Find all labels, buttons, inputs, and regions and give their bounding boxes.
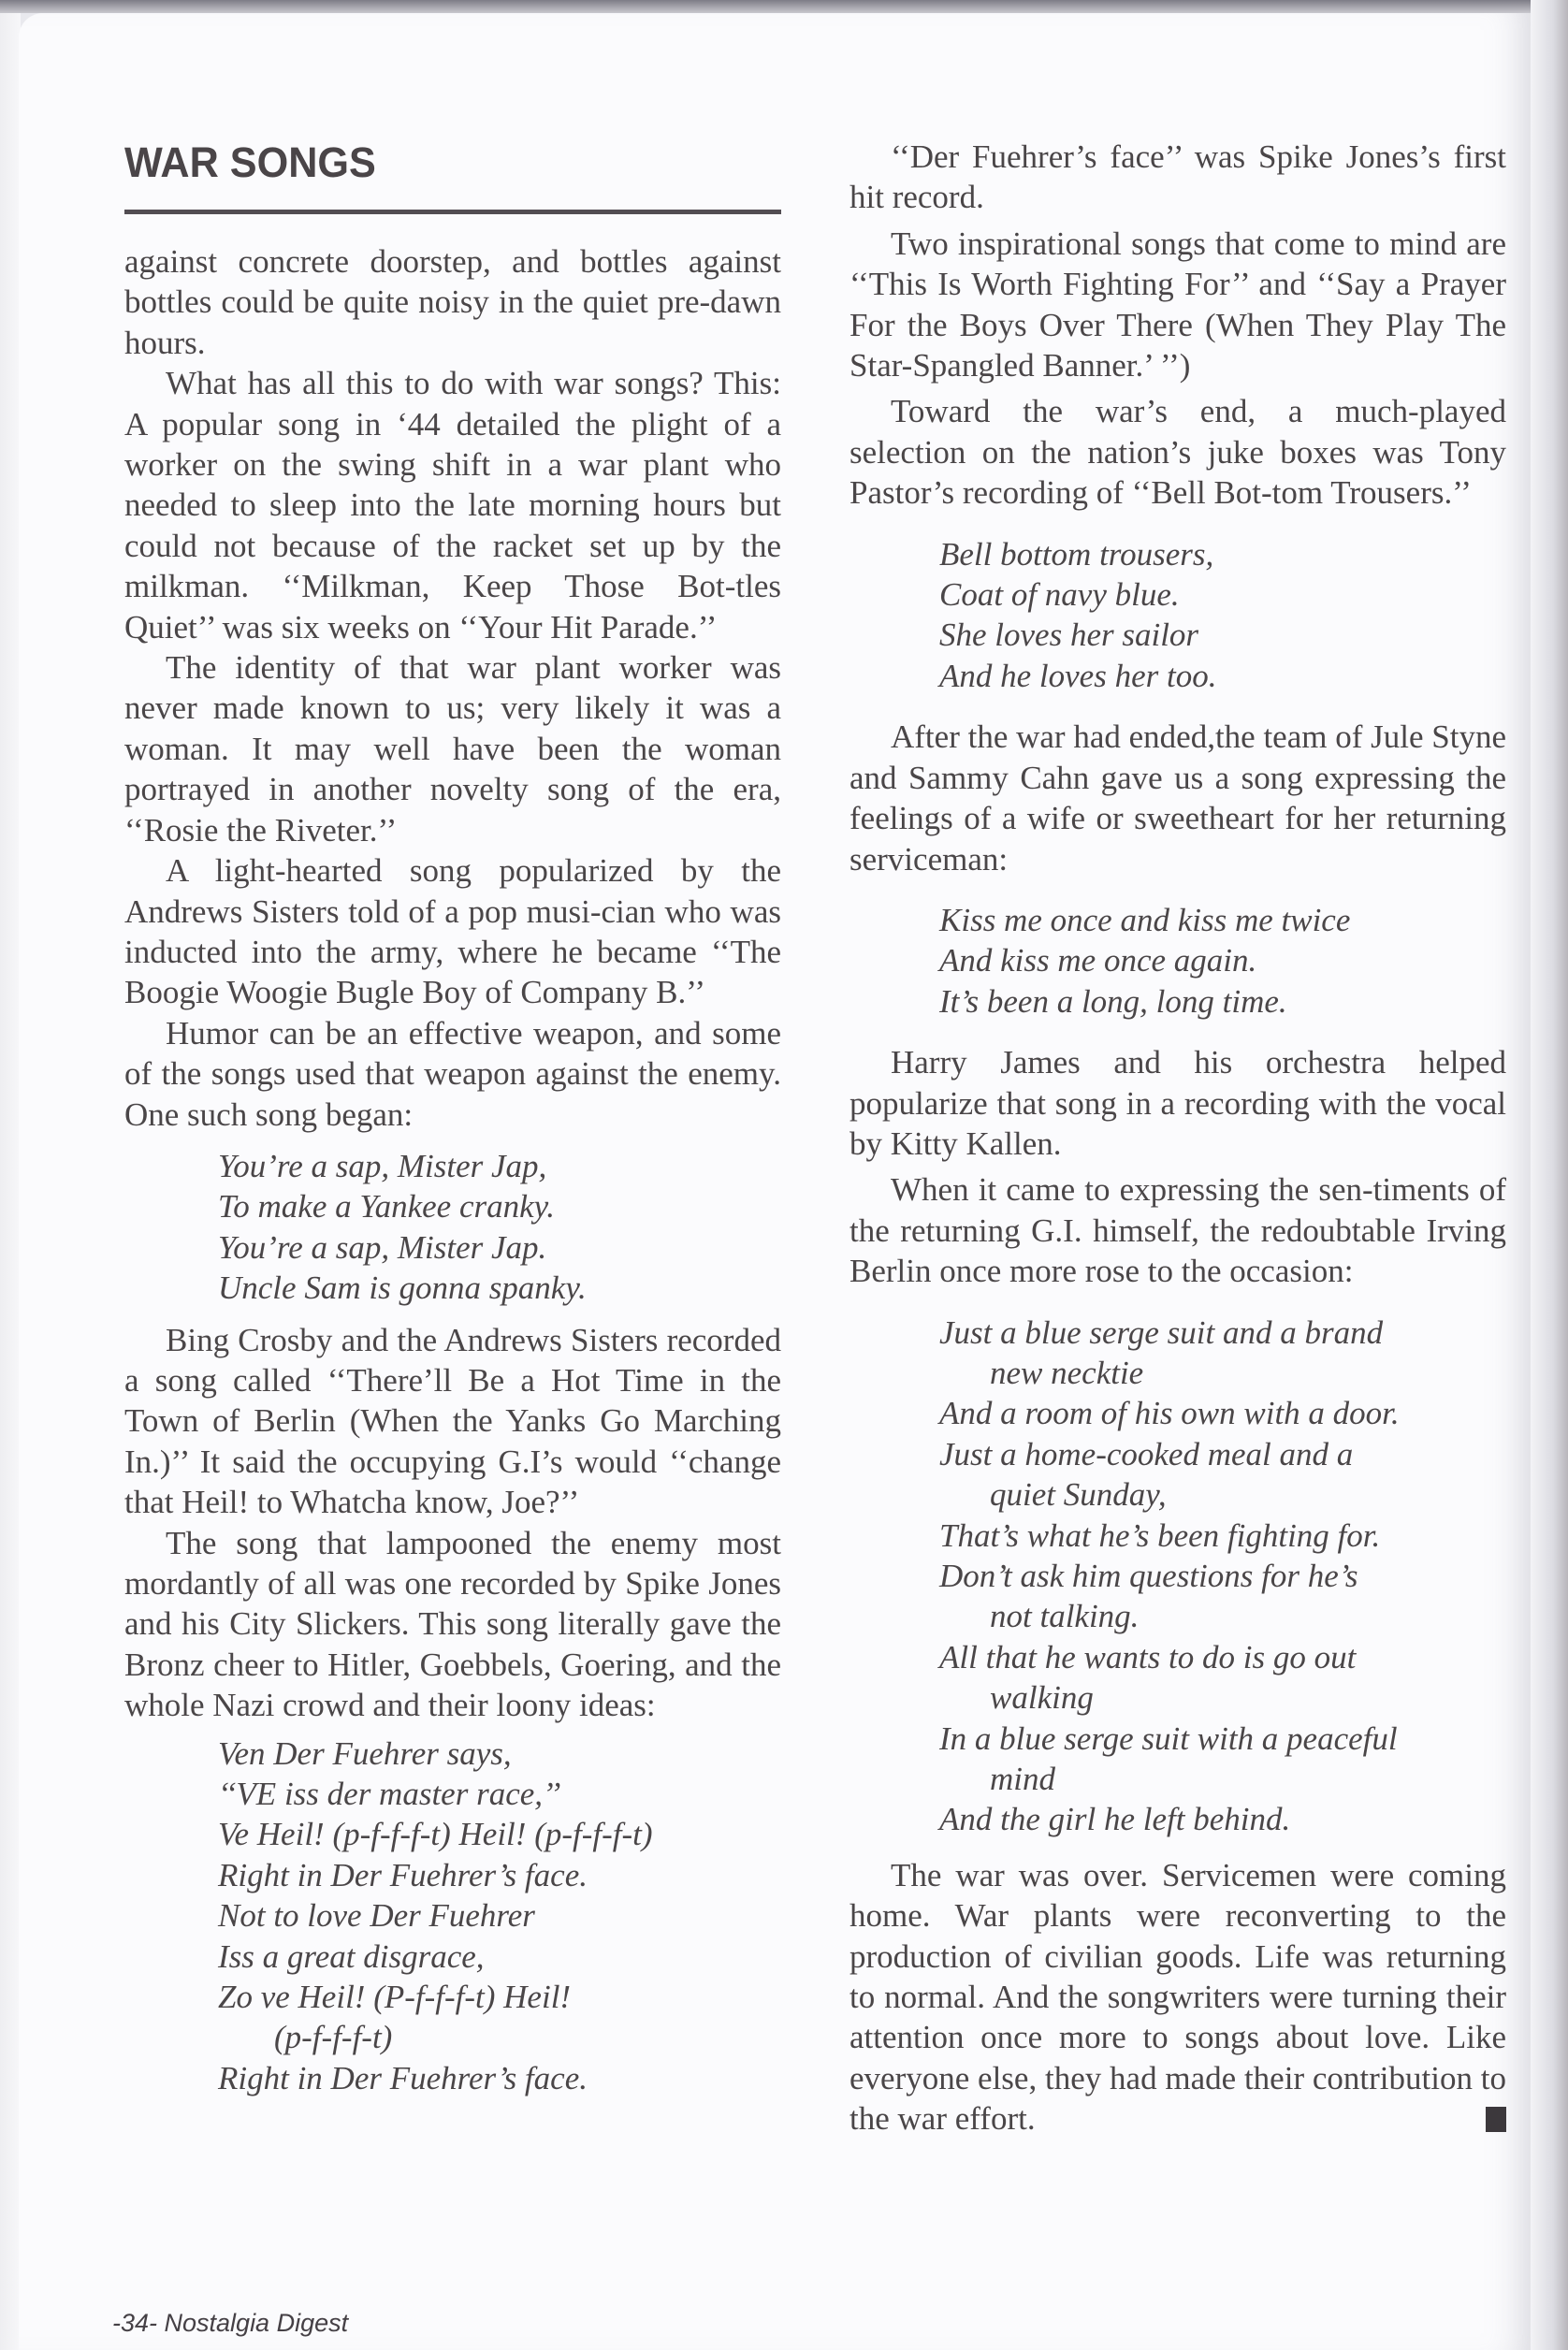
song-lyrics-blue-serge-suit: Just a blue serge suit and a brand new n…	[849, 1313, 1506, 1840]
paragraph: ‘‘Der Fuehrer’s face’’ was Spike Jones’s…	[849, 137, 1506, 218]
lyric-line: All that he wants to do is go out	[849, 1637, 1506, 1677]
lyric-line: It’s been a long, long time.	[849, 981, 1506, 1022]
lyric-line: You’re a sap, Mister Jap,	[124, 1146, 781, 1186]
paragraph: Toward the war’s end, a much-played sele…	[849, 391, 1506, 513]
lyric-line: Iss a great disgrace,	[124, 1937, 781, 1977]
lyric-line: Bell bottom trousers,	[849, 534, 1506, 574]
lyric-line: Ve Heil! (p-f-f-f-t) Heil! (p-f-f-f-t)	[124, 1814, 781, 1854]
lyric-line: quiet Sunday,	[849, 1474, 1506, 1515]
song-lyrics-mister-jap: You’re a sap, Mister Jap, To make a Yank…	[124, 1146, 781, 1309]
song-lyrics-long-long-time: Kiss me once and kiss me twice And kiss …	[849, 900, 1506, 1022]
column-left-text: against concrete doorstep, and bottles a…	[124, 241, 781, 2110]
lyric-line: And kiss me once again.	[849, 940, 1506, 980]
lyric-line: ‘‘VE iss der master race,’’	[124, 1774, 781, 1814]
paragraph: Bing Crosby and the Andrews Sisters reco…	[124, 1320, 781, 1523]
lyric-line: walking	[849, 1677, 1506, 1718]
paragraph: The song that lampooned the enemy most m…	[124, 1523, 781, 1726]
lyric-line: And a room of his own with a door.	[849, 1393, 1506, 1433]
lyric-line: Not to love Der Fuehrer	[124, 1895, 781, 1936]
lyric-line: In a blue serge suit with a peaceful	[849, 1719, 1506, 1759]
lyric-line: Ven Der Fuehrer says,	[124, 1733, 781, 1774]
paragraph: The identity of that war plant worker wa…	[124, 647, 781, 850]
lyric-line: Don’t ask him questions for he’s	[849, 1556, 1506, 1596]
lyric-line: And the girl he left behind.	[849, 1799, 1506, 1839]
paragraph: After the war had ended,the team of Jule…	[849, 717, 1506, 879]
lyric-line: new necktie	[849, 1353, 1506, 1393]
lyric-line: Zo ve Heil! (P-f-f-f-t) Heil!	[124, 1977, 781, 2017]
lyric-line: Kiss me once and kiss me twice	[849, 900, 1506, 940]
paragraph: Humor can be an effective weapon, and so…	[124, 1013, 781, 1135]
paragraph: What has all this to do with war songs? …	[124, 363, 781, 647]
heading-rule	[124, 210, 781, 214]
lyric-line: Coat of navy blue.	[849, 574, 1506, 615]
lyric-line: Just a blue serge suit and a brand	[849, 1313, 1506, 1353]
lyric-line: You’re a sap, Mister Jap.	[124, 1227, 781, 1268]
paragraph: against concrete doorstep, and bottles a…	[124, 241, 781, 363]
page-footer-folio: -34- Nostalgia Digest	[112, 2309, 348, 2338]
column-right-text: ‘‘Der Fuehrer’s face’’ was Spike Jones’s…	[849, 137, 1506, 2140]
song-lyrics-der-fuehrers-face: Ven Der Fuehrer says, ‘‘VE iss der maste…	[124, 1733, 781, 2099]
lyric-line: And he loves her too.	[849, 656, 1506, 696]
lyric-line: Uncle Sam is gonna spanky.	[124, 1268, 781, 1308]
paragraph: Harry James and his orchestra helped pop…	[849, 1042, 1506, 1164]
scan-border-top	[0, 0, 1568, 13]
end-of-article-square-icon	[1486, 2107, 1506, 2132]
lyric-line: Just a home-cooked meal and a	[849, 1434, 1506, 1474]
page-edge-right	[1531, 0, 1568, 2350]
closing-paragraph-text: The war was over. Servicemen were coming…	[849, 1857, 1506, 2137]
lyric-line: mind	[849, 1759, 1506, 1799]
lyric-line: Right in Der Fuehrer’s face.	[124, 1855, 781, 1895]
lyric-line: To make a Yankee cranky.	[124, 1186, 781, 1226]
lyric-line: (p-f-f-f-t)	[124, 2017, 781, 2057]
page-edge-left	[0, 13, 21, 2350]
paragraph: When it came to expressing the sen-timen…	[849, 1169, 1506, 1291]
song-lyrics-bell-bottom-trousers: Bell bottom trousers, Coat of navy blue.…	[849, 534, 1506, 697]
section-heading: WAR SONGS	[124, 140, 376, 185]
lyric-line: That’s what he’s been fighting for.	[849, 1516, 1506, 1556]
lyric-line: not talking.	[849, 1596, 1506, 1636]
paragraph: The war was over. Servicemen were coming…	[849, 1855, 1506, 2140]
lyric-line: She loves her sailor	[849, 615, 1506, 655]
paragraph: Two inspirational songs that come to min…	[849, 224, 1506, 386]
paragraph: A light-hearted song popularized by the …	[124, 850, 781, 1013]
lyric-line: Right in Der Fuehrer’s face.	[124, 2058, 781, 2098]
